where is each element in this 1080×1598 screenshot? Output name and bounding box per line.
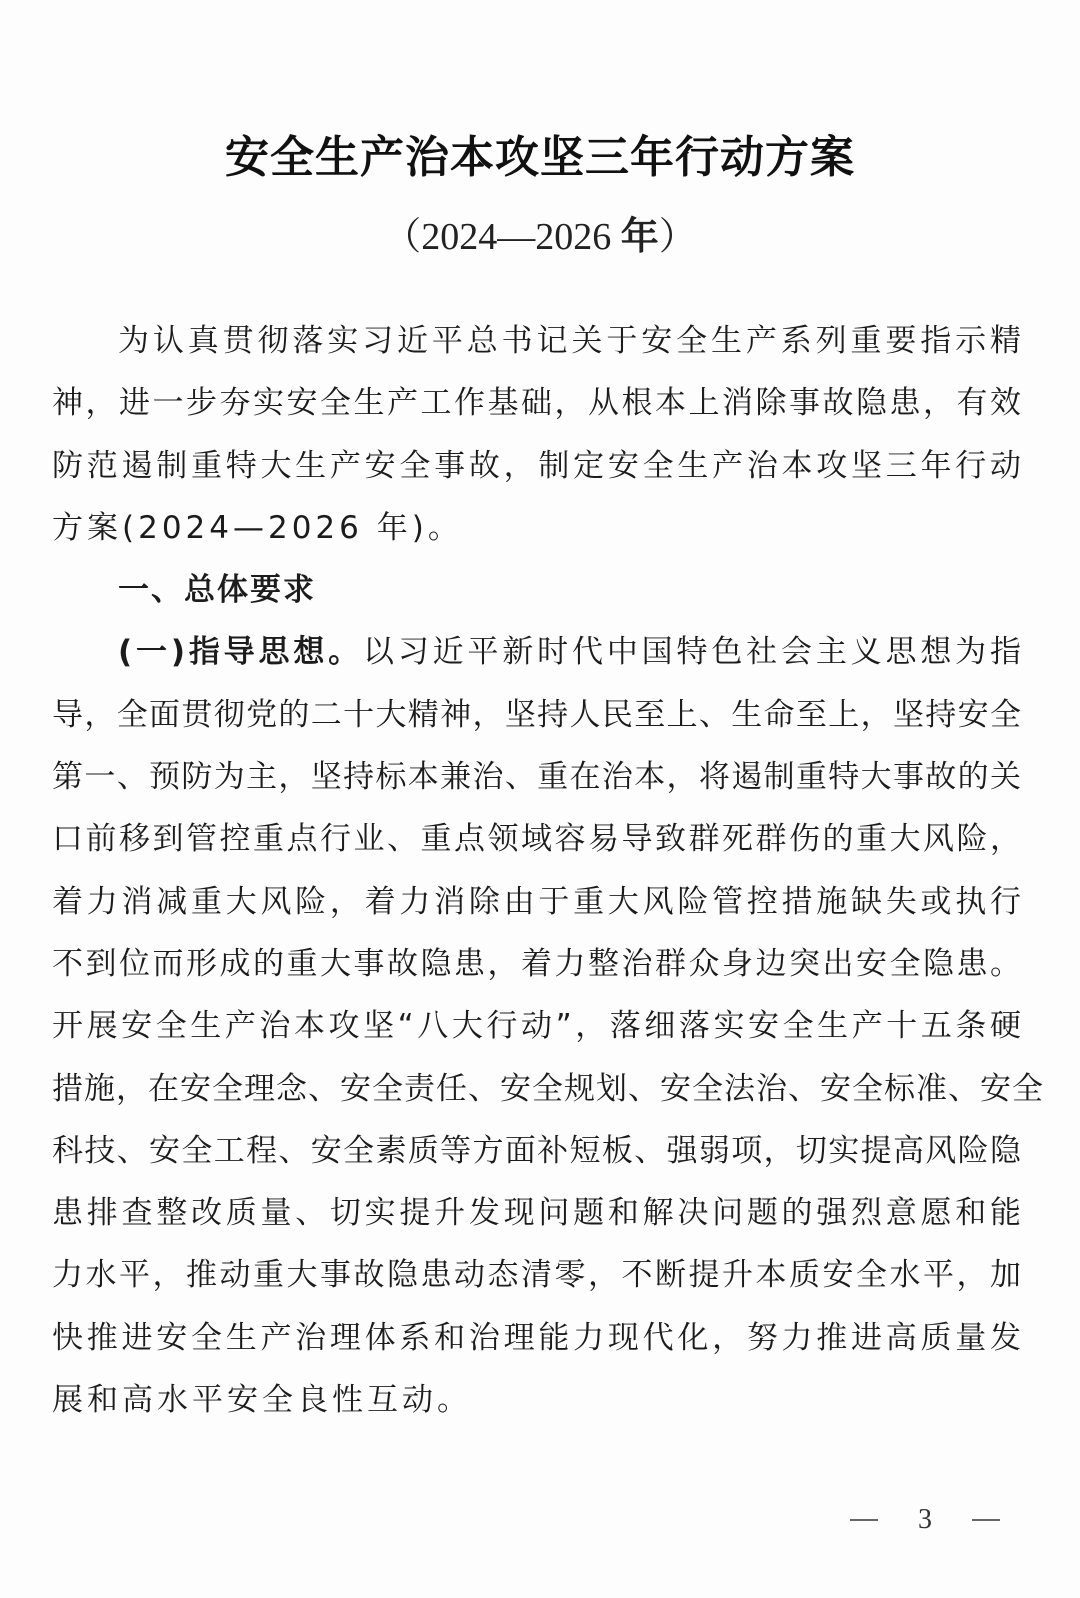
subtitle-close: ） — [659, 216, 697, 258]
text-line: 不到位而形成的重大事故隐患，着力整治群众身边突出安全隐患。 — [52, 933, 1022, 995]
section-heading: 一、总体要求 — [52, 559, 1022, 621]
text-line: 患排查整改质量、切实提升发现问题和解决问题的强烈意愿和能 — [52, 1182, 1022, 1244]
text-line-content: 以习近平新时代中国特色社会主义思想为指 — [363, 634, 1022, 670]
text-line: 为认真贯彻落实习近平总书记关于安全生产系列重要指示精 — [52, 310, 1022, 372]
page-number: 3 — [918, 1504, 932, 1536]
document-subtitle: （2024—2026 年） — [0, 208, 1080, 265]
page-number-footer: 3 — [850, 1500, 1000, 1540]
document-title: 安全生产治本攻坚三年行动方案 — [0, 128, 1080, 188]
text-line: 力水平，推动重大事故隐患动态清零，不断提升本质安全水平，加 — [52, 1244, 1022, 1306]
document-page: 安全生产治本攻坚三年行动方案 （2024—2026 年） 为认真贯彻落实习近平总… — [0, 0, 1080, 1598]
text-line: 口前移到管控重点行业、重点领域容易导致群死群伤的重大风险， — [52, 808, 1022, 870]
dash-left — [850, 1519, 878, 1521]
text-line: (一)指导思想。以习近平新时代中国特色社会主义思想为指 — [52, 621, 1022, 683]
intro-paragraph: 为认真贯彻落实习近平总书记关于安全生产系列重要指示精 神，进一步夯实安全生产工作… — [52, 310, 1022, 559]
subsection-label: (一)指导思想。 — [118, 634, 363, 670]
text-line: 第一、预防为主，坚持标本兼治、重在治本，将遏制重特大事故的关 — [52, 746, 1022, 808]
document-body: 为认真贯彻落实习近平总书记关于安全生产系列重要指示精 神，进一步夯实安全生产工作… — [52, 310, 1022, 1431]
text-line: 着力消减重大风险，着力消除由于重大风险管控措施缺失或执行 — [52, 871, 1022, 933]
text-line: 防范遏制重特大生产安全事故，制定安全生产治本攻坚三年行动 — [52, 435, 1022, 497]
text-line: 神，进一步夯实安全生产工作基础，从根本上消除事故隐患，有效 — [52, 372, 1022, 434]
text-line: 展和高水平安全良性互动。 — [52, 1369, 1022, 1431]
text-line: 方案(2024—2026 年)。 — [52, 497, 1022, 559]
text-line: 措施，在安全理念、安全责任、安全规划、安全法治、安全标准、安全 — [52, 1058, 1022, 1120]
guiding-ideology-paragraph: (一)指导思想。以习近平新时代中国特色社会主义思想为指 导，全面贯彻党的二十大精… — [52, 621, 1022, 1431]
dash-right — [972, 1519, 1000, 1521]
subtitle-open: （2024—2026 — [383, 216, 621, 258]
text-line: 导，全面贯彻党的二十大精神，坚持人民至上、生命至上，坚持安全 — [52, 684, 1022, 746]
text-line: 快推进安全生产治理体系和治理能力现代化，努力推进高质量发 — [52, 1307, 1022, 1369]
text-line: 科技、安全工程、安全素质等方面补短板、强弱项，切实提高风险隐 — [52, 1120, 1022, 1182]
subtitle-year-char: 年 — [621, 213, 659, 258]
text-line: 开展安全生产治本攻坚“八大行动”，落细落实安全生产十五条硬 — [52, 995, 1022, 1057]
